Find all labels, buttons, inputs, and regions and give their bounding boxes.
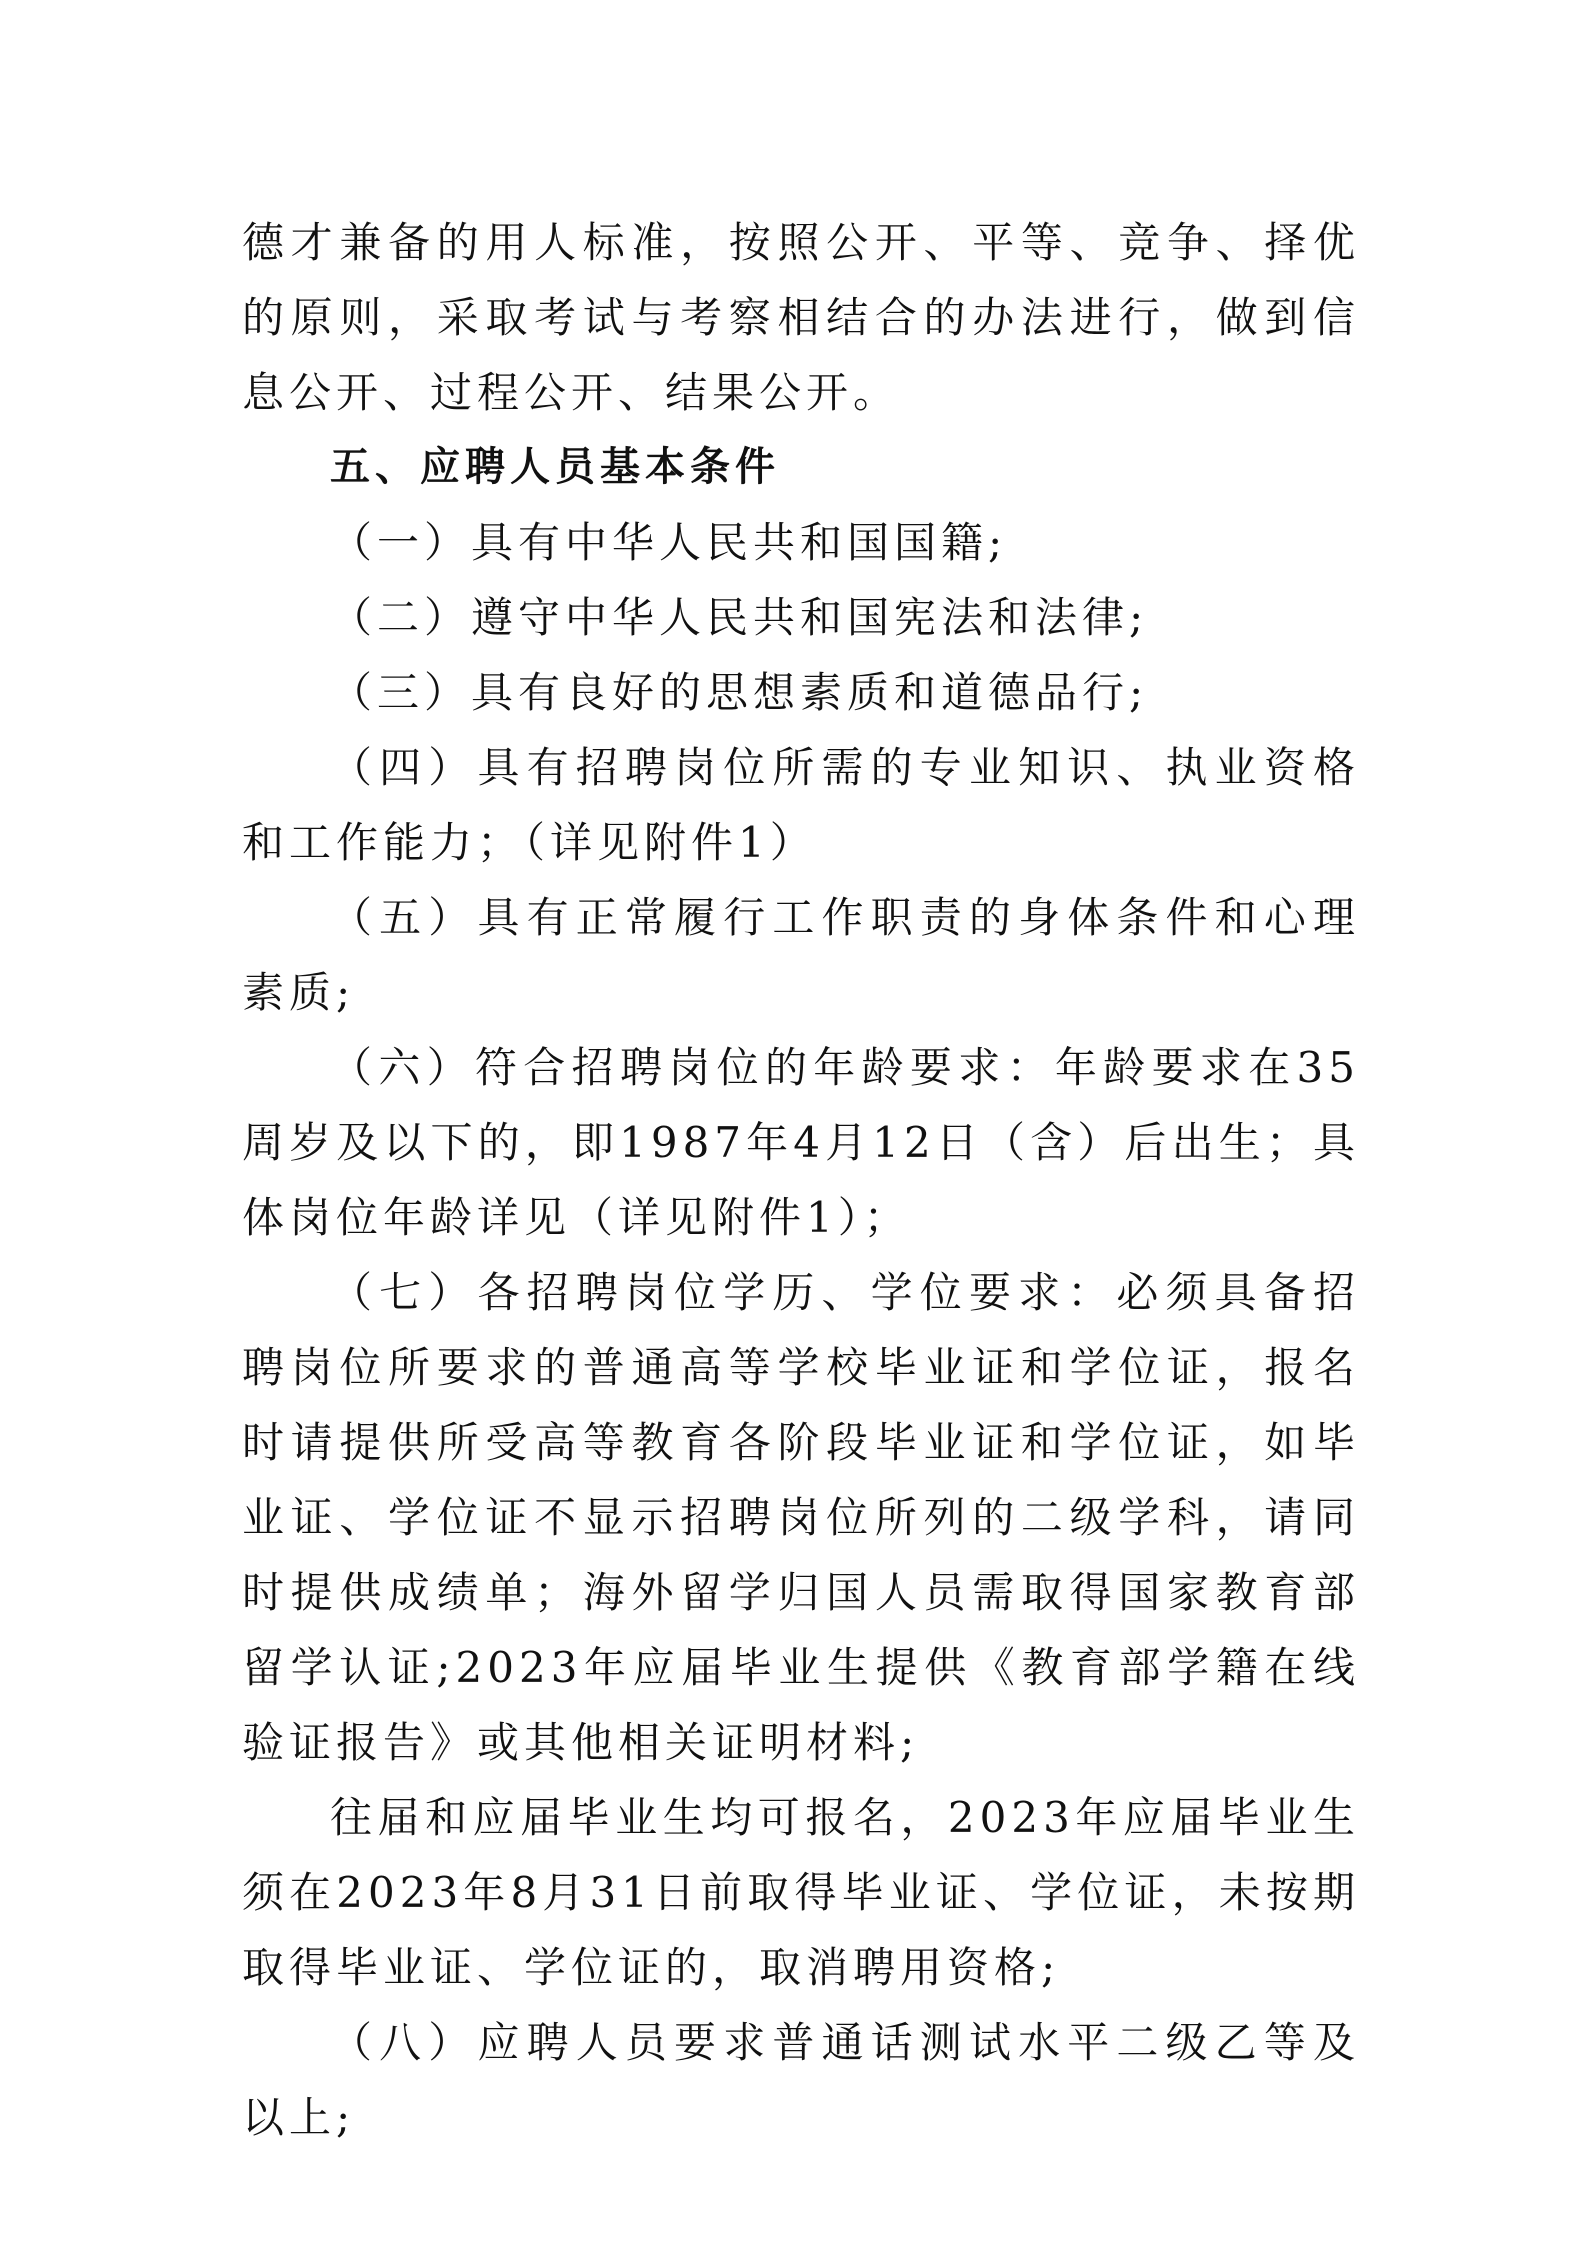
condition-item-1: （一）具有中华人民共和国国籍; bbox=[242, 505, 1360, 580]
condition-item-2: （二）遵守中华人民共和国宪法和法律; bbox=[242, 580, 1360, 655]
condition-item-4: （四）具有招聘岗位所需的专业知识、执业资格和工作能力；（详见附件1） bbox=[242, 730, 1360, 880]
document-page: 德才兼备的用人标准，按照公开、平等、竞争、择优的原则，采取考试与考察相结合的办法… bbox=[242, 205, 1360, 2155]
section-heading-applicant-conditions: 五、应聘人员基本条件 bbox=[242, 430, 1360, 505]
condition-item-7: （七）各招聘岗位学历、学位要求：必须具备招聘岗位所要求的普通高等学校毕业证和学位… bbox=[242, 1255, 1360, 1780]
condition-item-6: （六）符合招聘岗位的年龄要求：年龄要求在35周岁及以下的，即1987年4月12日… bbox=[242, 1030, 1360, 1255]
condition-item-3: （三）具有良好的思想素质和道德品行; bbox=[242, 655, 1360, 730]
paragraph-intro-continuation: 德才兼备的用人标准，按照公开、平等、竞争、择优的原则，采取考试与考察相结合的办法… bbox=[242, 205, 1360, 430]
condition-item-7-note: 往届和应届毕业生均可报名，2023年应届毕业生须在2023年8月31日前取得毕业… bbox=[242, 1780, 1360, 2005]
condition-item-8: （八）应聘人员要求普通话测试水平二级乙等及以上; bbox=[242, 2005, 1360, 2155]
condition-item-5: （五）具有正常履行工作职责的身体条件和心理素质; bbox=[242, 880, 1360, 1030]
